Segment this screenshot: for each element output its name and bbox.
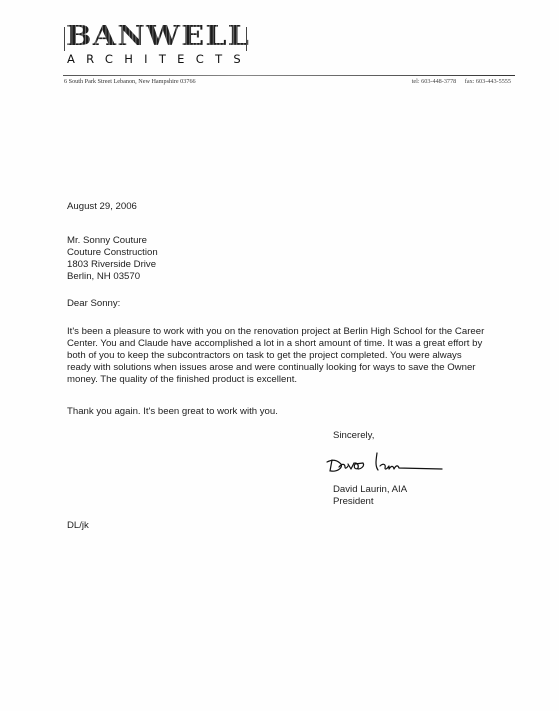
paragraph-line: Center. You and Claude have accomplished…	[67, 338, 484, 350]
body-paragraph-1: It's been a pleasure to work with you on…	[67, 326, 484, 386]
paragraph-line: money. The quality of the finished produ…	[67, 374, 484, 386]
handwritten-signature-icon	[325, 450, 443, 480]
company-subtitle: ARCHITECTS	[67, 53, 252, 65]
recipient-name: Mr. Sonny Couture	[67, 235, 158, 247]
company-contact: tel: 603-448-3778 fax: 603-443-5555	[412, 78, 511, 85]
company-fax: fax: 603-443-5555	[465, 78, 511, 85]
recipient-company: Couture Construction	[67, 247, 158, 259]
paragraph-line: It's been a pleasure to work with you on…	[67, 326, 484, 338]
signer-title: President	[333, 496, 407, 508]
recipient-city: Berlin, NH 03570	[67, 271, 158, 283]
company-phone: tel: 603-448-3778	[412, 78, 457, 85]
typist-initials: DL/jk	[67, 520, 89, 532]
closing: Sincerely,	[333, 430, 374, 442]
logo-divider-right	[246, 27, 247, 51]
company-logo: BANWELL	[66, 24, 250, 50]
recipient-address: Mr. Sonny Couture Couture Construction 1…	[67, 235, 158, 283]
salutation: Dear Sonny:	[67, 298, 120, 310]
recipient-street: 1803 Riverside Drive	[67, 259, 158, 271]
letter-page: BANWELL ARCHITECTS 6 South Park Street L…	[0, 0, 559, 711]
body-paragraph-2: Thank you again. It's been great to work…	[67, 406, 278, 418]
letterhead-rule	[63, 75, 515, 76]
signer-block: David Laurin, AIA President	[333, 484, 407, 508]
logo-divider-left	[64, 27, 65, 51]
paragraph-line: ready with solutions when issues arose a…	[67, 362, 484, 374]
paragraph-line: both of you to keep the subcontractors o…	[67, 350, 484, 362]
letter-date: August 29, 2006	[67, 201, 137, 213]
signer-name: David Laurin, AIA	[333, 484, 407, 496]
company-address: 6 South Park Street Lebanon, New Hampshi…	[64, 78, 196, 85]
